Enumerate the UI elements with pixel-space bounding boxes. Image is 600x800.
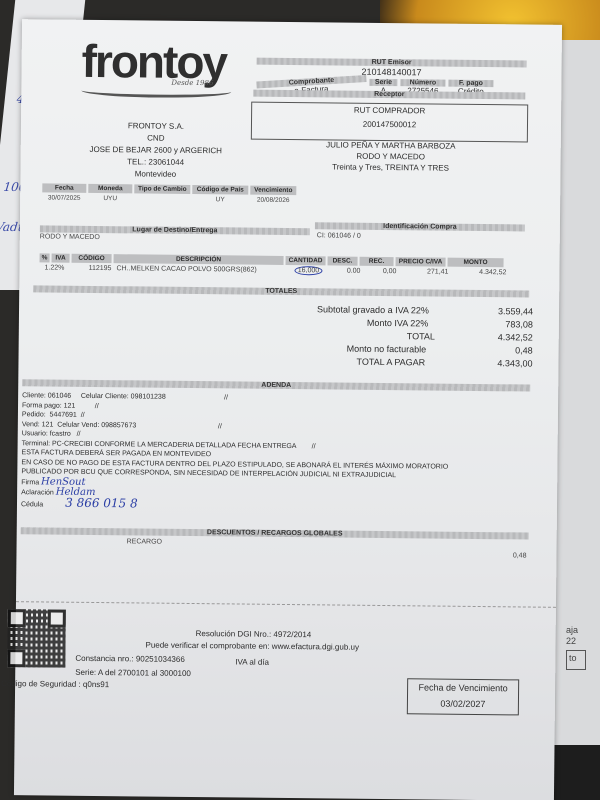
qr-code	[7, 609, 66, 668]
total-value: 3.559,44	[498, 306, 533, 316]
item-quantity: 16,000	[288, 267, 328, 274]
invoice-date: 30/07/2025	[42, 193, 86, 202]
invoice-meta-table: Fecha Moneda Tipo de Cambio Código de Pa…	[42, 183, 302, 205]
sheet-fragment: to	[566, 650, 586, 670]
verify-url: Puede verificar el comprobante en: www.e…	[145, 641, 359, 652]
total-value: 4.342,52	[498, 332, 533, 342]
totals-row: Monto no facturable0,48	[317, 343, 533, 355]
receptor-rut-box: RUT COMPRADOR 200147500012	[251, 102, 528, 143]
totales-header: TOTALES	[33, 285, 529, 297]
footer-divider	[16, 601, 556, 608]
descuentos-header: DESCUENTOS / RECARGOS GLOBALES	[21, 527, 529, 539]
totals-row: Monto IVA 22%783,08	[317, 317, 533, 329]
emisor-block: FRONTOY S.A. CND JOSE DE BEJAR 2600 y AR…	[90, 120, 221, 181]
serie-range: Serie: A del 2700101 al 3000100	[75, 668, 191, 678]
meta-header: Fecha	[42, 183, 86, 192]
exchange-rate	[134, 194, 190, 204]
total-value: 783,08	[505, 319, 533, 329]
item-description: CH..MELKEN CACAO POLVO 500GRS(862)	[113, 265, 286, 274]
invoice-document: frontoy Desde 1986 FRONTOY S.A. CND JOSE…	[14, 19, 562, 800]
currency: UYU	[88, 194, 132, 203]
items-header: CÓDIGO	[72, 254, 112, 263]
items-header: %	[40, 253, 50, 262]
items-header: REC.	[360, 257, 394, 266]
receptor-city: Treinta y Tres, TREINTA Y TRES	[291, 162, 491, 173]
receptor-details: JULIO PEÑA Y MARTHA BARBOZA RODO Y MACED…	[291, 140, 491, 173]
adenda-header: ADENDA	[22, 379, 530, 391]
items-header: DESC.	[328, 256, 358, 265]
items-header: PRECIO C/IVA	[396, 257, 446, 267]
constancia-number: Constancia nro.: 90251034366	[75, 654, 185, 664]
item-amount: 4.342,52	[450, 269, 506, 277]
totals-row: Subtotal gravado a IVA 22%3.559,44	[317, 304, 533, 316]
receptor-name: JULIO PEÑA Y MARTHA BARBOZA	[291, 140, 491, 151]
rut-comprador-value: 200147500012	[252, 117, 527, 134]
item-discount: 0.00	[330, 267, 360, 274]
resolucion-dgi: Resolución DGI Nro.: 4972/2014	[196, 629, 312, 639]
firma-label: Firma	[21, 479, 39, 486]
total-value: 4.343,00	[497, 358, 532, 368]
items-header: DESCRIPCIÓN	[114, 254, 284, 265]
identificacion-block: Identificación Compra CI: 061046 / 0	[315, 222, 525, 241]
iva-status: IVA al día	[235, 657, 269, 666]
items-table: % IVA CÓDIGO DESCRIPCIÓN CANTIDAD DESC. …	[39, 253, 529, 276]
cedula-label: Cédula	[21, 501, 43, 508]
identificacion-value: CI: 061046 / 0	[317, 232, 525, 241]
destino-value: RODO Y MACEDO	[40, 233, 310, 243]
item-unit-price: 271,41	[398, 268, 448, 276]
quantity-circle-mark: 16,000	[295, 266, 323, 275]
totals-row: TOTAL A PAGAR4.343,00	[316, 356, 532, 368]
meta-header: Vencimiento	[250, 186, 296, 195]
meta-header: Moneda	[88, 184, 132, 193]
emisor-city: Montevideo	[90, 168, 220, 181]
due-date: 20/08/2026	[250, 196, 296, 205]
totals-row: TOTAL4.342,52	[317, 330, 533, 342]
item-surcharge: 0,00	[362, 268, 396, 275]
sheet-fragment: aja	[566, 625, 578, 635]
total-label: Monto IVA 22%	[367, 318, 428, 329]
item-iva: 1.22%	[39, 264, 69, 271]
items-header: CANTIDAD	[286, 256, 326, 265]
item-code: 112195	[71, 265, 111, 272]
meta-header: Código de País	[192, 185, 248, 195]
security-code: Código de Seguridad : q0ns91	[1, 679, 109, 689]
cedula-handwritten: 3 866 015 8	[65, 495, 138, 510]
total-label: TOTAL A PAGAR	[356, 357, 425, 368]
receptor-header: Receptor	[253, 90, 525, 100]
total-label: TOTAL	[407, 331, 435, 341]
emisor-address: JOSE DE BEJAR 2600 y ARGERICH	[51, 144, 261, 158]
identificacion-label: Identificación Compra	[315, 222, 525, 231]
recargo-label: RECARGO	[127, 538, 162, 545]
aclaracion-label: Aclaración	[21, 489, 54, 496]
meta-header: Tipo de Cambio	[134, 184, 190, 194]
receptor-label: Receptor	[253, 90, 525, 100]
vencimiento-label: Fecha de Vencimiento	[408, 679, 518, 696]
total-value: 0,48	[515, 345, 533, 355]
brand-tagline: Desde 1986	[171, 79, 213, 87]
receptor-address: RODO Y MACEDO	[291, 151, 491, 162]
country-code: UY	[192, 195, 248, 205]
total-label: Monto no facturable	[347, 344, 427, 355]
rut-emisor-value: 210148140017	[256, 66, 526, 79]
destino-block: Lugar de Destino/Entrega RODO Y MACEDO	[40, 225, 310, 243]
adenda-block: Cliente: 061046 Celular Cliente: 0981012…	[21, 391, 534, 514]
recargo-value: 0,48	[496, 552, 526, 559]
totals-block: Subtotal gravado a IVA 22%3.559,44 Monto…	[316, 304, 533, 371]
items-header: IVA	[52, 254, 70, 263]
vencimiento-value: 03/02/2027	[408, 695, 518, 712]
vencimiento-box: Fecha de Vencimiento 03/02/2027	[407, 678, 519, 715]
total-label: Subtotal gravado a IVA 22%	[317, 304, 429, 315]
sheet-fragment: 22	[566, 636, 576, 646]
items-header: MONTO	[448, 258, 504, 268]
